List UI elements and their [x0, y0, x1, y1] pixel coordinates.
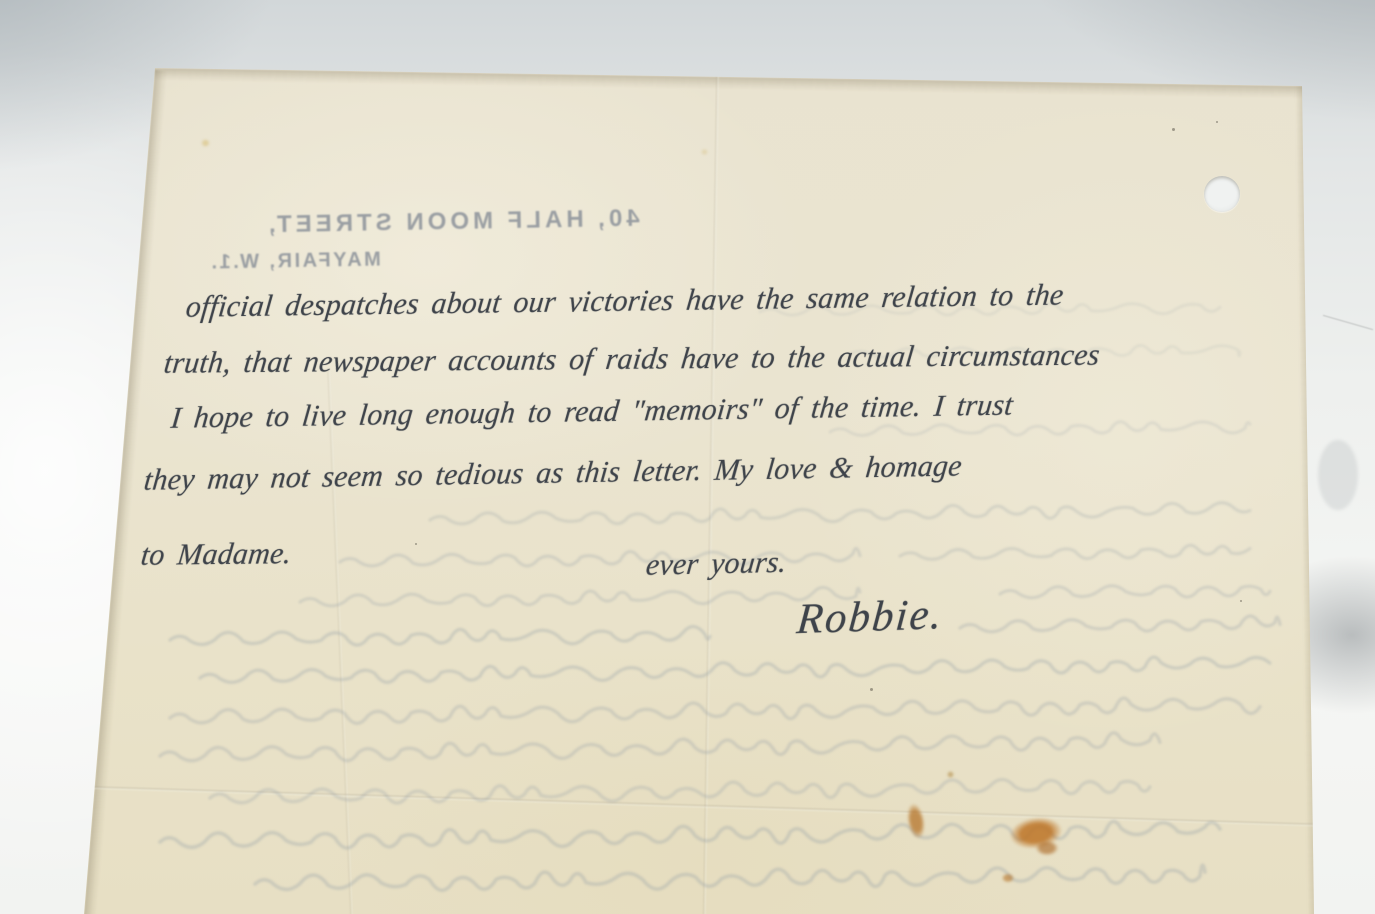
showthrough-line: [900, 544, 1250, 561]
handwriting-line-5: to Madame.: [139, 537, 293, 573]
showthrough-line: [210, 776, 1150, 806]
ink-speck: [1172, 128, 1175, 131]
stain: [200, 138, 211, 148]
showthrough-line: [170, 696, 1260, 727]
showthrough-line: [960, 616, 1280, 635]
background-smudge: [1318, 440, 1358, 510]
ink-speck: [870, 688, 873, 691]
showthrough-line: [300, 587, 860, 609]
showthrough-line: [160, 732, 1160, 765]
signature-robbie: Robbie.: [795, 590, 946, 644]
letter-paper: 40, HALF MOON STREET, MAYFAIR, W.1. offi…: [0, 0, 1375, 914]
stain: [700, 148, 709, 156]
showthrough-line: [170, 626, 710, 648]
showthrough-line: [430, 501, 1250, 527]
showthrough-line: [255, 865, 1205, 894]
showthrough-line: [200, 655, 1270, 686]
closing-ever-yours: ever yours.: [644, 546, 788, 583]
ink-speck: [1240, 600, 1242, 602]
letterhead-line-2-mirrored: MAYFAIR, W.1.: [209, 249, 381, 275]
photo-of-letter: 40, HALF MOON STREET, MAYFAIR, W.1. offi…: [0, 0, 1375, 914]
stain: [946, 770, 955, 779]
ink-speck: [415, 543, 417, 545]
stain: [1032, 838, 1062, 858]
background-scratch: [1323, 315, 1373, 330]
showthrough-line: [1000, 583, 1270, 600]
punch-hole: [1204, 176, 1240, 212]
stain: [1000, 872, 1016, 884]
ink-speck: [1216, 121, 1218, 123]
